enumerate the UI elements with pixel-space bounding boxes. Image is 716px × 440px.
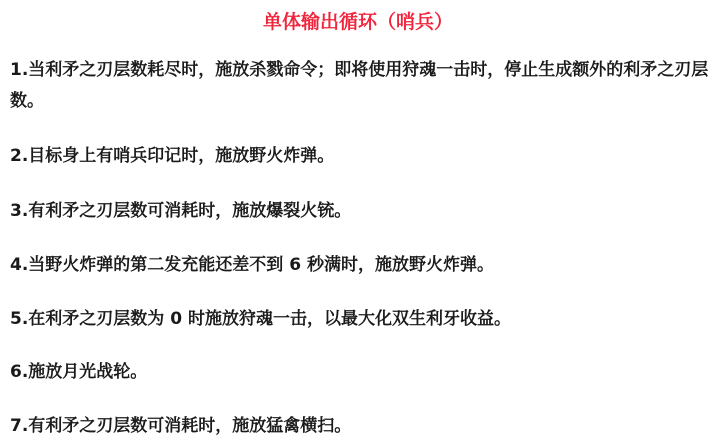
- page-title: 单体输出循环（哨兵）: [0, 9, 716, 35]
- rotation-step-4: 4.当野火炸弹的第二发充能还差不到 6 秒满时，施放野火炸弹。: [10, 250, 710, 281]
- rotation-step-7: 7.有利矛之刃层数可消耗时，施放猛禽横扫。: [10, 411, 710, 440]
- rotation-step-2: 2.目标身上有哨兵印记时，施放野火炸弹。: [10, 141, 710, 172]
- rotation-step-3: 3.有利矛之刃层数可消耗时，施放爆裂火铳。: [10, 196, 710, 227]
- rotation-step-5: 5.在利矛之刃层数为 0 时施放狩魂一击，以最大化双生利牙收益。: [10, 304, 710, 335]
- rotation-step-1: 1.当利矛之刃层数耗尽时，施放杀戮命令；即将使用狩魂一击时，停止生成额外的利矛之…: [10, 55, 710, 117]
- rotation-step-6: 6.施放月光战轮。: [10, 357, 710, 388]
